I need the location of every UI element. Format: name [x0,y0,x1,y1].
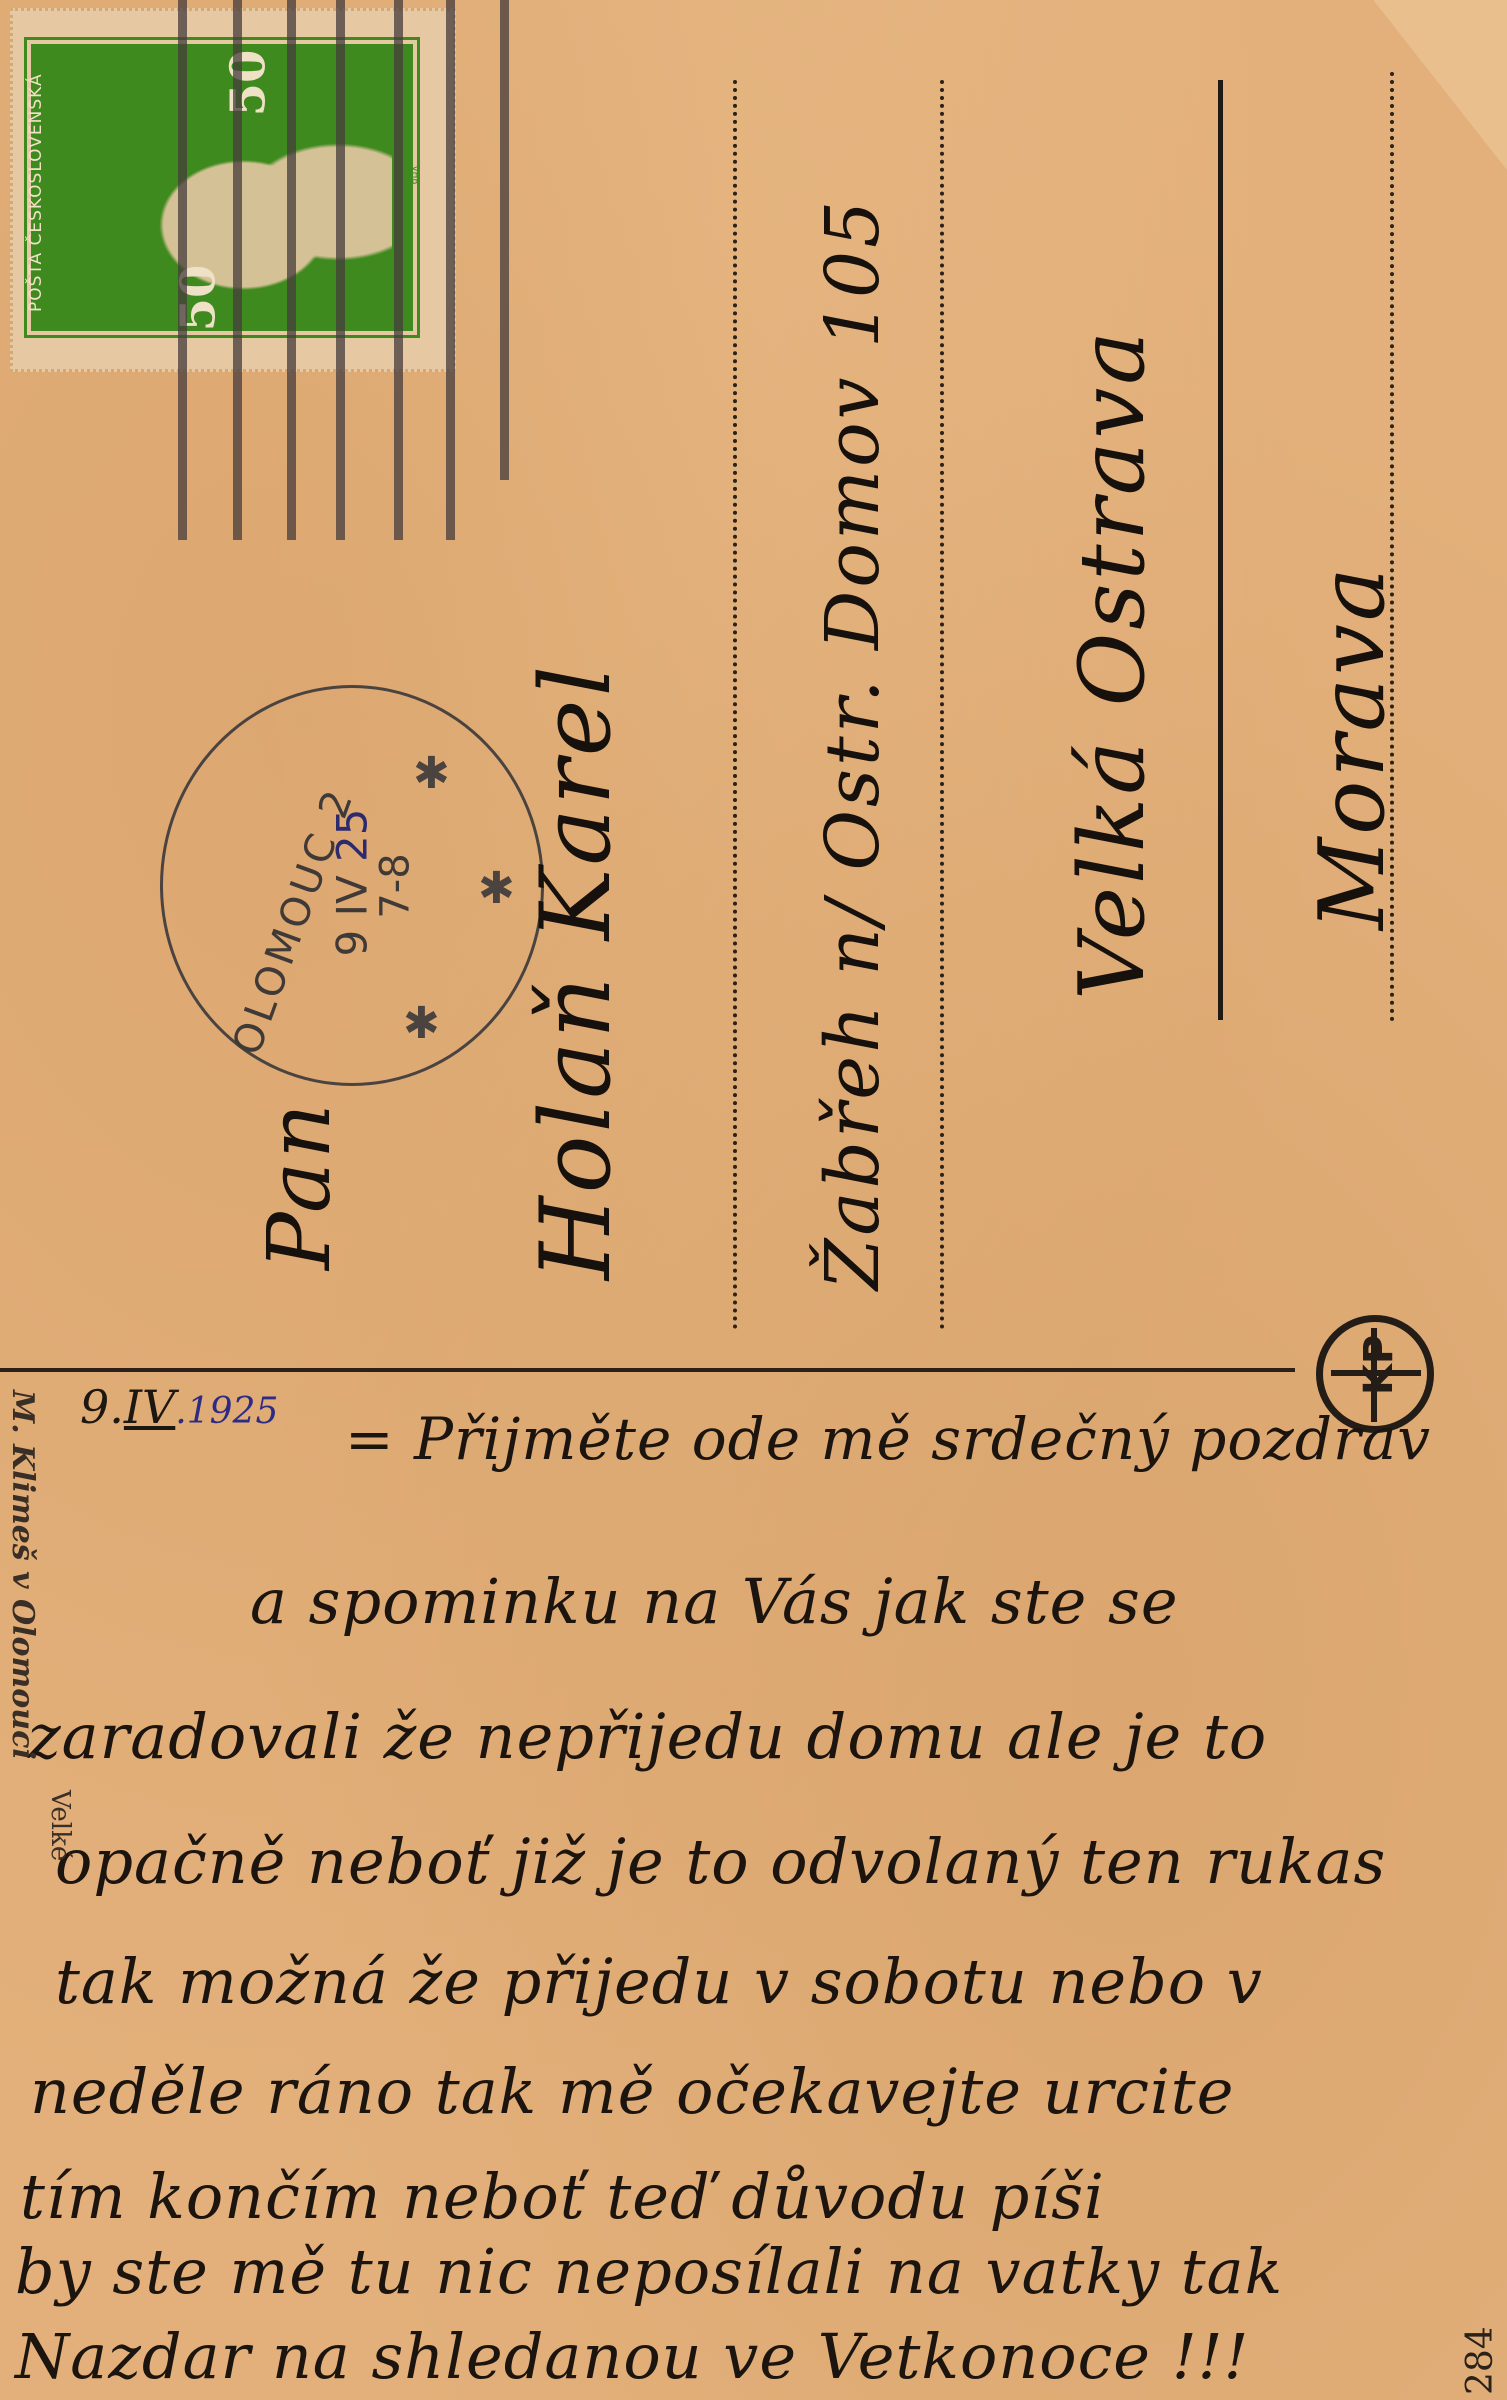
stamp-allegory-figure [122,110,392,340]
star-icon: ✱ [478,863,515,914]
message-line: opačně neboť již je to odvolaný ten ruka… [55,1825,1386,1898]
torn-corner [1316,0,1507,170]
message-line: neděle ráno tak mě očekavejte urcite [30,2055,1234,2128]
stamp-value-top: 50 [220,50,276,117]
cancellation-bar [178,0,187,540]
message-date-month: IV [124,1380,175,1434]
address-salutation: Pan [250,1100,350,1270]
postmark-month: IV [328,875,377,916]
cancellation-bar [500,0,509,480]
message-line: tím končím neboť teď důvodu píši [20,2160,1105,2233]
cancellation-bar [336,0,345,540]
address-street: Žabřeh n/ Ostr. Domov 105 [810,198,896,1290]
message-line: Nazdar na shledanou ve Vetkonoce !!! [15,2320,1249,2393]
postmark: OLOMOUC 2 9 IV 25 7-8 ✱ ✱ ✱ [160,685,544,1086]
cancellation-bar [394,0,403,540]
postmark-date: 9 IV 25 [328,808,377,956]
message-line: by ste mě tu nic neposílali na vatky tak [15,2235,1283,2308]
address-dotted-line [733,80,737,1330]
message-line: tak možná že přijedu v sobotu nebo v [55,1945,1263,2018]
address-city: Velká Ostrava [1060,328,1165,1000]
logo-letters: KP [1356,1335,1402,1395]
card-number: 284 [1460,2326,1501,2395]
cancellation-bar [287,0,296,540]
cancellation-bar [446,0,455,540]
message-date-year: .1925 [175,1391,278,1432]
address-name: Holaň Karel [520,663,632,1280]
message-divider [0,1368,1295,1372]
star-icon: ✱ [413,748,450,799]
address-dotted-line [940,80,944,1330]
postmark-time: 7-8 [373,853,419,918]
publisher-edge-text: M. Klimeš v Olomouci [5,1390,40,1760]
message-line: a spominku na Vás jak ste se [250,1565,1179,1638]
message-line: = Přijměte ode mě srdečný pozdrav [345,1405,1431,1473]
address-underline [1218,80,1223,1020]
postcard: POŠTA ČESKOSLOVENSKÁ 50 50 VHB OLOMOUC 2… [0,0,1507,2400]
stamp-engraver-mark: VHB [410,165,420,184]
cancellation-bar [233,0,242,540]
stamp-issuer-text: POŠTA ČESKOSLOVENSKÁ [26,22,46,312]
message-date: 9.IV.1925 [80,1380,278,1434]
message-date-day: 9. [80,1380,124,1434]
address-region: Morava [1300,564,1405,930]
postmark-day: 9 [328,930,377,957]
star-icon: ✱ [403,998,440,1049]
message-line: zaradovali že nepřijedu domu ale je to [28,1700,1267,1773]
series-edge-text: Velké [45,1790,75,1861]
postmark-year: 25 [328,808,377,861]
